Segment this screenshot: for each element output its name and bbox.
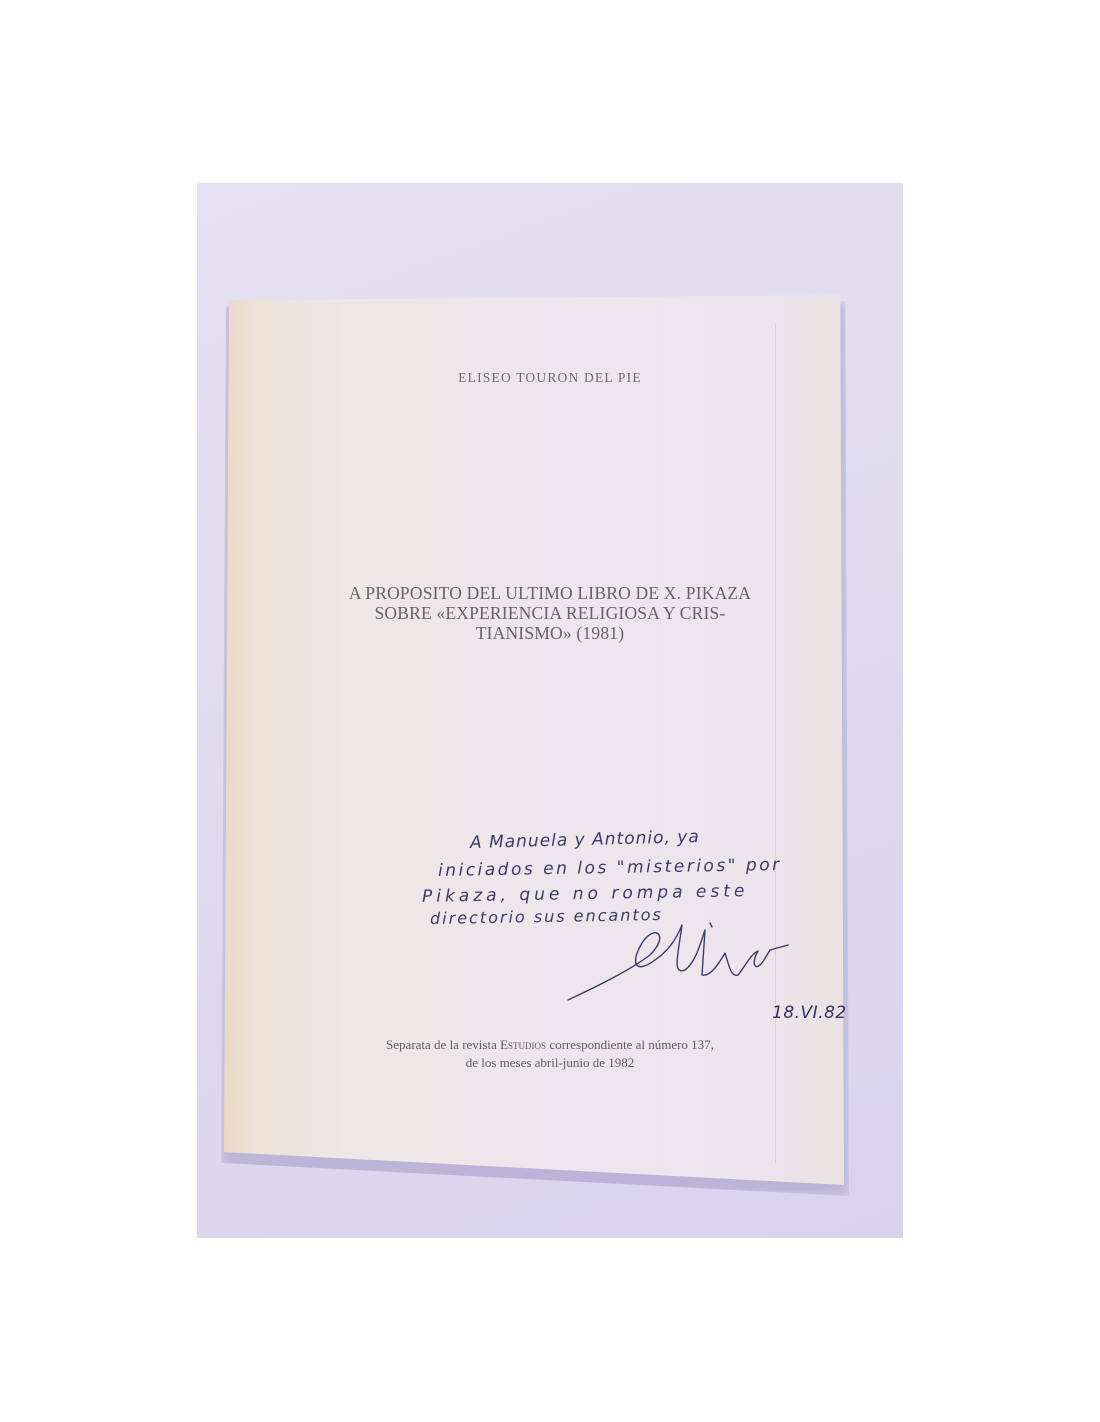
title-line: TIANISMO» (1981) <box>0 623 1100 643</box>
publication-note-line: de los meses abril-junio de 1982 <box>0 1054 1100 1072</box>
publication-note-line: Separata de la revista Estudios correspo… <box>0 1036 1100 1054</box>
signature <box>560 915 800 1010</box>
title-line: A PROPOSITO DEL ULTIMO LIBRO DE X. PIKAZ… <box>0 583 1100 603</box>
publication-note: Separata de la revista Estudios correspo… <box>0 1036 1100 1072</box>
journal-name: Estudios <box>500 1037 546 1052</box>
document-title: A PROPOSITO DEL ULTIMO LIBRO DE X. PIKAZ… <box>0 583 1100 643</box>
photo-backdrop <box>197 183 903 1238</box>
author-name: ELISEO TOURON DEL PIE <box>0 370 1100 386</box>
inscription-date: 18.VI.82 <box>772 1003 847 1023</box>
title-line: SOBRE «EXPERIENCIA RELIGIOSA Y CRIS- <box>0 603 1100 623</box>
